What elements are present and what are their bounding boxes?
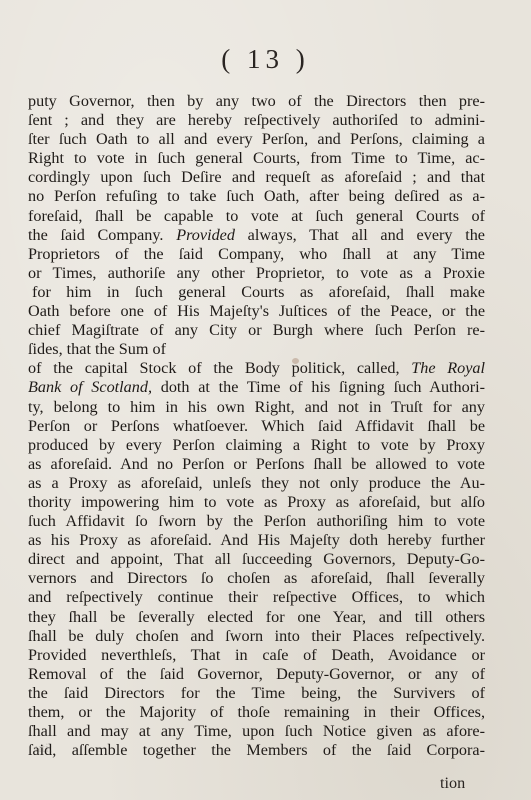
text-line: Proprietors of the ſaid Company, who ſha… [28, 245, 485, 264]
text-line: no Perſon refuſing to take ſuch Oath, af… [28, 187, 485, 206]
text-segment: doth at the Time of his ſigning ſuch Aut… [161, 378, 485, 396]
text-line: Provided neverthleſs, That in caſe of De… [28, 646, 485, 665]
text-segment: of the capital Stock of the Body politic… [28, 359, 400, 377]
text-line: thority impowering him to vote as Proxy … [28, 493, 485, 512]
text-line: they ſhall be ſeverally elected for one … [28, 608, 485, 627]
paper-stain [292, 358, 299, 364]
text-line: ty, belong to him in his own Right, and … [28, 398, 485, 417]
text-line: produced by every Perſon claiming a Righ… [28, 436, 485, 455]
text-line: foreſaid, ſhall be capable to vote at ſu… [28, 207, 485, 226]
bleed-through-text: uti; [35, 740, 52, 756]
text-segment: always, That all and every the [235, 226, 485, 244]
book-page: ( 13 ) puty Governor, then by any two of… [0, 0, 531, 800]
italic-bank: Bank of Scotland, [28, 378, 152, 396]
text-line: Right to vote in ſuch general Courts, fr… [28, 149, 485, 168]
text-line: ſter ſuch Oath to all and every Perſon, … [28, 130, 485, 149]
text-line: ſent ; and they are hereby reſpectively … [28, 111, 485, 130]
text-line: ſuch Affidavit ſo ſworn by the Perſon au… [28, 512, 485, 531]
text-line: the ſaid Directors for the Time being, t… [28, 684, 485, 703]
text-line: Removal of the ſaid Governor, Deputy-Gov… [28, 665, 485, 684]
text-segment: the ſaid Company. [28, 226, 163, 244]
text-line: direct and appoint, That all ſucceeding … [28, 550, 485, 569]
text-line: vernors and Directors ſo choſen as afore… [28, 569, 485, 588]
text-line-provided: the ſaid Company. Provided always, That … [28, 226, 485, 245]
text-line: as a Proxy as aforeſaid, unleſs they not… [28, 474, 485, 493]
text-line: or Times, authoriſe any other Proprietor… [28, 264, 485, 283]
page-number: ( 13 ) [0, 44, 531, 75]
text-line-blank-sum: ſides, that the Sum of [28, 340, 485, 359]
text-line: chief Magiſtrate of any City or Burgh wh… [28, 321, 485, 340]
text-line: as his Proxy as aforeſaid. And His Majeſ… [28, 531, 485, 550]
text-line: puty Governor, then by any two of the Di… [28, 92, 485, 111]
text-line-bank: Bank of Scotland, doth at the Time of hi… [28, 378, 485, 397]
text-line: Oath before one of His Majeſty's Juſtice… [28, 302, 485, 321]
italic-royal: The Royal [411, 359, 485, 377]
text-line: for him in ſuch general Courts as aforeſ… [28, 283, 485, 302]
text-line: and reſpectively continue their reſpecti… [28, 588, 485, 607]
italic-provided: Provided [176, 226, 235, 244]
catchword: tion [440, 774, 465, 793]
body-text: puty Governor, then by any two of the Di… [28, 92, 485, 760]
text-line-royal: of the capital Stock of the Body politic… [28, 359, 485, 378]
text-line: them, or the Majority of thoſe remaining… [28, 703, 485, 722]
text-line: ſhall and may at any Time, upon ſuch Not… [28, 722, 485, 741]
text-line: ſaid, aſſemble together the Members of t… [28, 741, 485, 760]
text-line: cordingly upon ſuch Deſire and requeſt a… [28, 168, 485, 187]
text-line: Perſon or Perſons whatſoever. Which ſaid… [28, 417, 485, 436]
text-line: ſhall be duly choſen and ſworn into thei… [28, 627, 485, 646]
text-line: as aforeſaid. And no Perſon or Perſons ſ… [28, 455, 485, 474]
